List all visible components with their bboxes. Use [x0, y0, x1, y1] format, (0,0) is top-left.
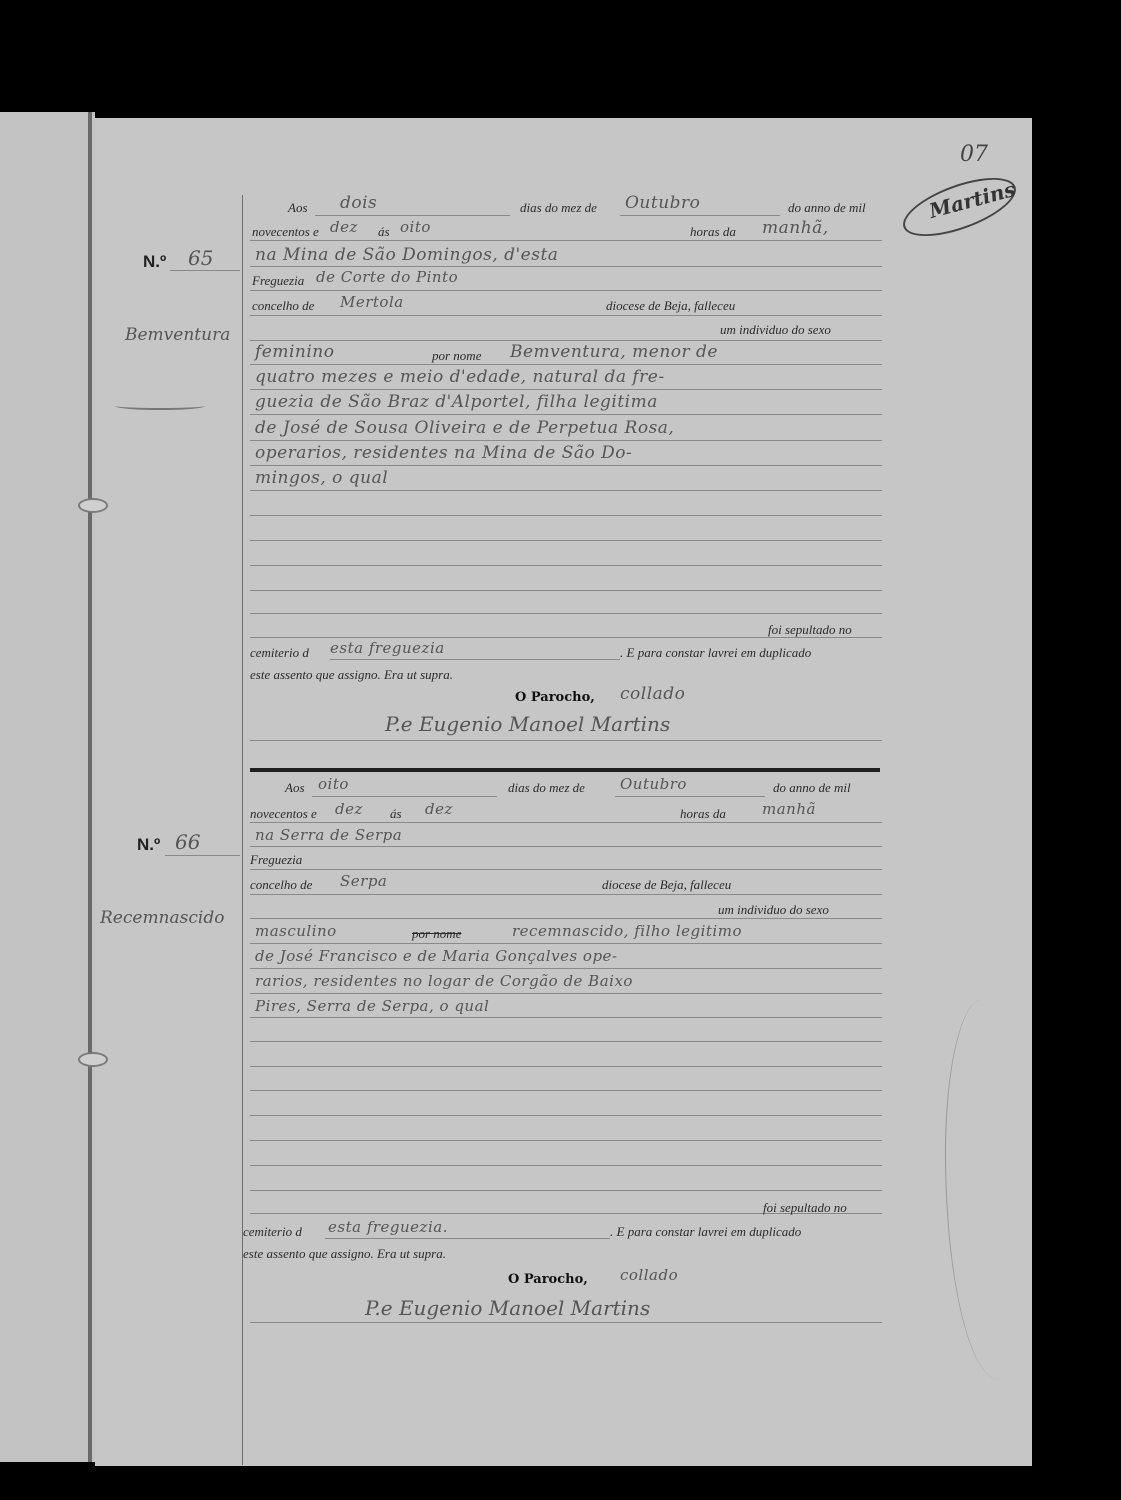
field-period: manhã, — [762, 218, 829, 238]
label-por-nome: por nome — [412, 926, 461, 942]
ruled-line — [250, 1041, 882, 1042]
ruled-line — [312, 796, 497, 797]
margin-name: Recemnascido — [100, 908, 224, 928]
label-sexo: um individuo do sexo — [718, 902, 829, 918]
label-novecentos: novecentos e — [250, 806, 317, 822]
label-dias: dias do mez de — [520, 200, 597, 216]
field-year: dez — [335, 800, 363, 818]
field-place: na Serra de Serpa — [255, 826, 402, 844]
ruled-line — [250, 613, 882, 614]
label-freguezia: Freguezia — [252, 273, 304, 289]
ruled-line — [330, 659, 620, 660]
ruled-line — [250, 340, 882, 341]
entry-divider — [250, 768, 880, 772]
field-sexo: feminino — [255, 342, 334, 362]
label-parocho: O Parocho, — [515, 690, 595, 705]
ruled-line — [250, 266, 882, 267]
label-aos: Aos — [285, 780, 305, 796]
ruled-line — [250, 465, 882, 466]
ruled-line — [620, 215, 780, 216]
ruled-line — [250, 565, 882, 566]
field-body-line: mingos, o qual — [255, 468, 388, 488]
ruled-line — [250, 846, 882, 847]
ruled-line — [250, 918, 882, 919]
book-spine — [88, 112, 92, 1462]
margin-squiggle — [115, 402, 205, 410]
ruled-line — [250, 1115, 882, 1116]
label-para-constar: . E para constar lavrei em duplicado — [610, 1224, 801, 1240]
ruled-line — [250, 540, 882, 541]
field-body-line: rarios, residentes no logar de Corgão de… — [255, 972, 633, 990]
label-anno: do anno de mil — [788, 200, 866, 216]
label-diocese: diocese de Beja, falleceu — [606, 298, 735, 314]
label-assento: este assento que assigno. Era ut supra. — [250, 667, 453, 683]
ruled-line — [250, 490, 882, 491]
ruled-line — [250, 590, 882, 591]
label-diocese: diocese de Beja, falleceu — [602, 877, 731, 893]
field-month: Outubro — [620, 775, 687, 793]
field-body-line: de José Francisco e de Maria Gonçalves o… — [255, 947, 618, 965]
ruled-line — [325, 1238, 610, 1239]
field-concelho: Serpa — [340, 872, 387, 890]
label-assento: este assento que assigno. Era ut supra. — [243, 1246, 446, 1262]
ruled-line — [250, 822, 882, 823]
field-parocho-title: collado — [620, 1266, 678, 1284]
label-concelho: concelho de — [252, 298, 314, 314]
folio-number: 07 — [960, 142, 988, 167]
entry-number-label: N.º — [143, 252, 166, 272]
ruled-line — [250, 1322, 882, 1323]
field-period: manhã — [762, 800, 816, 818]
label-aos: Aos — [288, 200, 308, 216]
ruled-line — [250, 943, 882, 944]
label-as: ás — [390, 806, 402, 822]
label-parocho: O Parocho, — [508, 1272, 588, 1287]
field-concelho: Mertola — [340, 293, 404, 311]
ruled-line — [250, 1190, 882, 1191]
field-parocho-title: collado — [620, 684, 685, 704]
label-sepultado: foi sepultado no — [763, 1200, 847, 1216]
field-body-line: recemnascido, filho legitimo — [512, 922, 742, 940]
ruled-line — [250, 1066, 882, 1067]
ruled-line — [250, 364, 882, 365]
margin-name: Bemventura — [125, 325, 230, 345]
field-month: Outubro — [625, 193, 700, 213]
field-body-line: quatro mezes e meio d'edade, natural da … — [255, 367, 665, 387]
ruled-line — [250, 894, 882, 895]
ruled-line — [250, 1017, 882, 1018]
priest-signature: P.e Eugenio Manoel Martins — [365, 1296, 650, 1320]
label-anno: do anno de mil — [773, 780, 851, 796]
field-body-line: Bemventura, menor de — [510, 342, 718, 362]
ruled-line — [170, 270, 240, 271]
ruled-line — [250, 1090, 882, 1091]
ruled-line — [250, 389, 882, 390]
field-cemiterio: esta freguezia — [330, 639, 445, 657]
ruled-line — [250, 869, 882, 870]
ruled-line — [315, 215, 510, 216]
label-concelho: concelho de — [250, 877, 312, 893]
entry-number: 65 — [188, 246, 213, 270]
label-horas: horas da — [690, 224, 736, 240]
ruled-line — [250, 315, 882, 316]
margin-line — [242, 195, 243, 1465]
field-cemiterio: esta freguezia. — [328, 1218, 448, 1236]
field-day: dois — [340, 193, 377, 213]
label-as: ás — [378, 224, 390, 240]
label-por-nome: por nome — [432, 348, 481, 364]
ruled-line — [250, 290, 882, 291]
ruled-line — [250, 515, 882, 516]
field-body-line: guezia de São Braz d'Alportel, filha leg… — [255, 392, 658, 412]
label-sepultado: foi sepultado no — [768, 622, 852, 638]
label-freguezia: Freguezia — [250, 852, 302, 868]
ruled-line — [250, 414, 882, 415]
field-day: oito — [318, 775, 349, 793]
label-cemiterio: cemiterio d — [243, 1224, 302, 1240]
label-sexo: um individuo do sexo — [720, 322, 831, 338]
binding-ring — [78, 1052, 108, 1067]
ruled-line — [615, 796, 765, 797]
entry-number: 66 — [175, 830, 200, 854]
left-page — [0, 112, 95, 1462]
label-para-constar: . E para constar lavrei em duplicado — [620, 645, 811, 661]
field-body-line: de José de Sousa Oliveira e de Perpetua … — [255, 418, 674, 438]
ruled-line — [250, 240, 882, 241]
field-hour: dez — [425, 800, 453, 818]
ruled-line — [250, 1165, 882, 1166]
ruled-line — [250, 440, 882, 441]
ruled-line — [250, 968, 882, 969]
ruled-line — [250, 740, 882, 741]
label-cemiterio: cemiterio d — [250, 645, 309, 661]
field-body-line: Pires, Serra de Serpa, o qual — [255, 997, 489, 1015]
field-hour: oito — [400, 218, 431, 236]
field-year: dez — [330, 218, 358, 236]
label-dias: dias do mez de — [508, 780, 585, 796]
field-freguezia: de Corte do Pinto — [316, 268, 458, 286]
label-novecentos: novecentos e — [252, 224, 319, 240]
ruled-line — [250, 993, 882, 994]
field-sexo: masculino — [255, 922, 337, 940]
priest-signature: P.e Eugenio Manoel Martins — [385, 712, 670, 736]
label-horas: horas da — [680, 806, 726, 822]
field-place: na Mina de São Domingos, d'esta — [255, 245, 558, 265]
ruled-line — [165, 855, 240, 856]
field-body-line: operarios, residentes na Mina de São Do- — [255, 443, 632, 463]
entry-number-label: N.º — [137, 835, 160, 855]
binding-ring — [78, 498, 108, 513]
ruled-line — [250, 1140, 882, 1141]
